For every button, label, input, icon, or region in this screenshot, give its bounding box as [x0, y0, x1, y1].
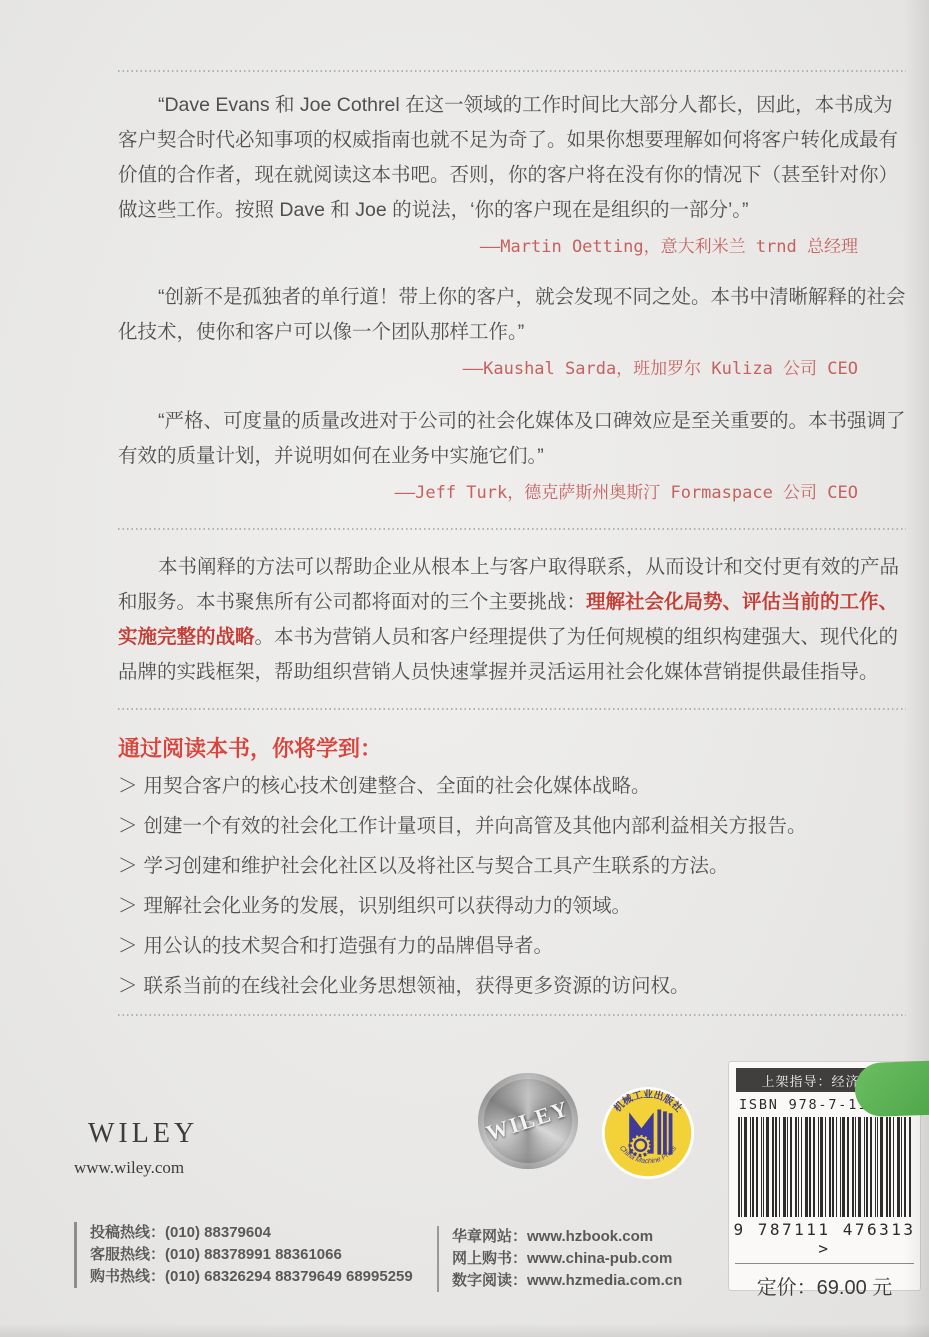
dotted-divider-bottom	[118, 1014, 906, 1016]
barcode-stripes	[738, 1117, 911, 1217]
bullet-marker: ＞	[118, 815, 138, 837]
china-machine-press-seal: 机械工业出版社 China Machine Press	[601, 1086, 695, 1180]
learn-item: ＞学习创建和维护社会化社区以及将社区与契合工具产生联系的方法。	[118, 854, 906, 878]
learn-item: ＞用公认的技术契合和打造强有力的品牌倡导者。	[118, 934, 906, 958]
price-text: 定价：69.00 元	[735, 1263, 914, 1300]
hotline-line: 客服热线：(010) 88378991 88361066	[90, 1244, 413, 1266]
quote-1-attribution: ——Martin Oetting，意大利米兰 trnd 总经理	[118, 236, 906, 258]
page-bottom-shadow	[0, 1323, 929, 1337]
hotline-line: 投稿热线：(010) 88379604	[90, 1222, 413, 1244]
page-edge-shadow	[903, 0, 929, 1337]
learn-heading: 通过阅读本书，你将学到：	[118, 734, 906, 764]
wiley-logo: WILEY	[88, 1118, 198, 1150]
learn-item-text: 理解社会化业务的发展，识别组织可以获得动力的领域。	[144, 895, 632, 917]
barcode-digits: 9 787111 476313 >	[729, 1220, 920, 1258]
wiley-url: www.wiley.com	[74, 1158, 184, 1178]
bullet-marker: ＞	[118, 895, 138, 917]
learn-item: ＞理解社会化业务的发展，识别组织可以获得动力的领域。	[118, 894, 906, 918]
learn-item-text: 用公认的技术契合和打造强有力的品牌倡导者。	[144, 935, 554, 957]
learn-list: ＞用契合客户的核心技术创建整合、全面的社会化媒体战略。 ＞创建一个有效的社会化工…	[118, 774, 906, 998]
press-gear-glyph	[630, 1135, 651, 1156]
wiley-seal-text: WILEY	[483, 1095, 573, 1146]
bullet-marker: ＞	[118, 855, 138, 877]
learn-item-text: 创建一个有效的社会化工作计量项目，并向高管及其他内部利益相关方报告。	[144, 815, 807, 837]
quote-1-text: “Dave Evans 和 Joe Cothrel 在这一领域的工作时间比大部分…	[118, 88, 906, 228]
quote-2-text: “创新不是孤独者的单行道！带上你的客户，就会发现不同之处。本书中清晰解释的社会化…	[118, 280, 906, 350]
learn-item: ＞创建一个有效的社会化工作计量项目，并向高管及其他内部利益相关方报告。	[118, 814, 906, 838]
summary-paragraph: 本书阐释的方法可以帮助企业从根本上与客户取得联系，从而设计和交付更有效的产品和服…	[118, 550, 906, 690]
bullet-marker: ＞	[118, 975, 138, 997]
websites-block: 华章网站：www.hzbook.com 网上购书：www.china-pub.c…	[437, 1226, 682, 1292]
main-content: “Dave Evans 和 Joe Cothrel 在这一领域的工作时间比大部分…	[118, 70, 906, 1016]
quote-2-attribution: ——Kaushal Sarda，班加罗尔 Kuliza 公司 CEO	[118, 358, 906, 380]
press-seal-graphic: 机械工业出版社 China Machine Press	[601, 1086, 695, 1180]
website-line: 网上购书：www.china-pub.com	[452, 1248, 682, 1270]
quote-3-attribution: ——Jeff Turk，德克萨斯州奥斯汀 Formaspace 公司 CEO	[118, 482, 906, 504]
bullet-marker: ＞	[118, 935, 138, 957]
wiley-hologram-seal: WILEY	[478, 1073, 578, 1169]
learn-item: ＞联系当前的在线社会化业务思想领袖，获得更多资源的访问权。	[118, 974, 906, 998]
dotted-divider-3	[118, 708, 906, 710]
learn-item-text: 联系当前的在线社会化业务思想领袖，获得更多资源的访问权。	[144, 975, 690, 997]
website-line: 数字阅读：www.hzmedia.com.cn	[452, 1270, 682, 1292]
learn-item-text: 用契合客户的核心技术创建整合、全面的社会化媒体战略。	[144, 775, 651, 797]
green-sticker	[854, 1061, 929, 1118]
learn-item: ＞用契合客户的核心技术创建整合、全面的社会化媒体战略。	[118, 774, 906, 798]
learn-item-text: 学习创建和维护社会化社区以及将社区与契合工具产生联系的方法。	[144, 855, 729, 877]
dotted-divider-top	[118, 70, 906, 72]
hotline-line: 购书热线：(010) 68326294 88379649 68995259	[90, 1266, 413, 1288]
book-back-cover: { "quotes": [ { "text": "“Dave Evans 和 J…	[0, 0, 929, 1337]
dotted-divider-2	[118, 528, 906, 530]
quote-3-text: “严格、可度量的质量改进对于公司的社会化媒体及口碑效应是至关重要的。本书强调了有…	[118, 404, 906, 474]
bullet-marker: ＞	[118, 775, 138, 797]
website-line: 华章网站：www.hzbook.com	[452, 1226, 682, 1248]
hotlines-block: 投稿热线：(010) 88379604 客服热线：(010) 88378991 …	[74, 1222, 413, 1288]
